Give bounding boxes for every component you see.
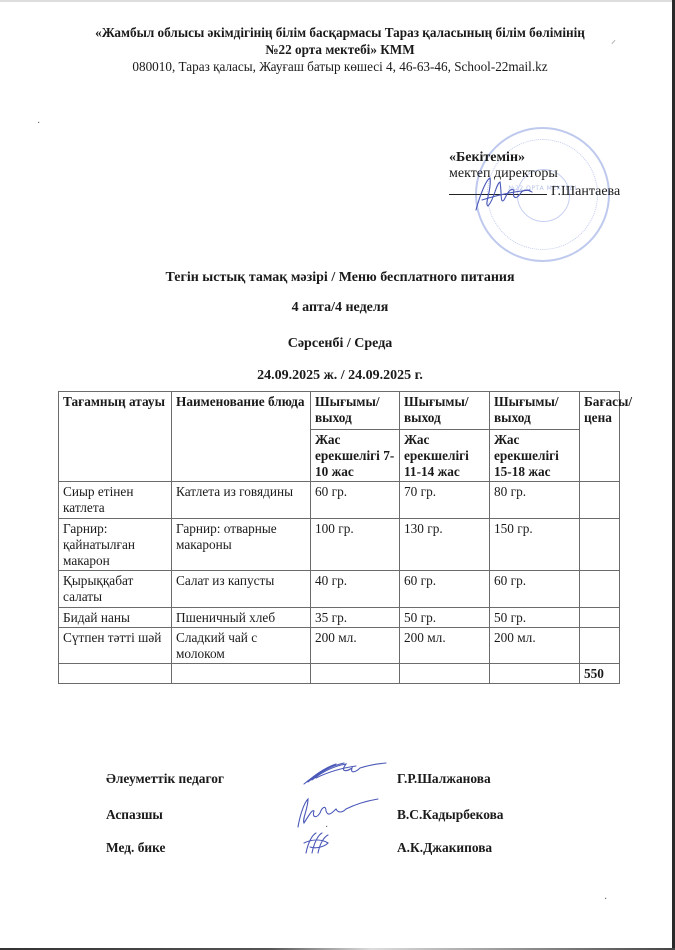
cell-output-11-14: 60 гр. (400, 571, 490, 608)
table-row: Бидай наны Пшеничный хлеб 35 гр. 50 гр. … (59, 608, 620, 628)
staff-role-nurse: Мед. бике (106, 840, 165, 856)
cell-output-15-18: 60 гр. (490, 571, 580, 608)
date-label: 24.09.2025 ж. / 24.09.2025 г. (60, 368, 620, 384)
approval-block: «Бекітемін» мектеп директоры Г.Шантаева (449, 150, 620, 200)
staff-name-cook: В.С.Кадырбекова (397, 807, 504, 823)
staff-name-social-pedagogue: Г.Р.Шалжанова (397, 771, 491, 787)
header-price: Бағасы/ цена (580, 392, 620, 482)
cook-signature-icon (292, 795, 382, 831)
empty-cell (400, 664, 490, 684)
scan-speck: · (325, 822, 328, 833)
scan-speck: · (604, 894, 607, 905)
cell-name-kz: Сиыр етінен катлета (59, 482, 172, 519)
staff-role-social-pedagogue: Әлеуметтік педагог (106, 771, 224, 787)
empty-cell (490, 664, 580, 684)
cell-name-ru: Гарнир: отварные макароны (172, 519, 311, 571)
empty-cell (59, 664, 172, 684)
cell-name-kz: Қырыққабат салаты (59, 571, 172, 608)
approval-title: «Бекітемін» (449, 150, 620, 166)
day-label: Сәрсенбі / Среда (60, 336, 620, 352)
menu-title: Тегін ыстық тамақ мәзірі / Меню бесплатн… (60, 270, 620, 286)
cell-price (580, 628, 620, 664)
header-name-kz: Тағамның атауы (59, 392, 172, 482)
cell-name-ru: Пшеничный хлеб (172, 608, 311, 628)
scan-edge-top (0, 0, 675, 2)
cell-name-ru: Салат из капусты (172, 571, 311, 608)
cell-price (580, 571, 620, 608)
table-row: Қырыққабат салаты Салат из капусты 40 гр… (59, 571, 620, 608)
header-output-11-14: Шығымы/ выход (400, 392, 490, 430)
cell-output-15-18: 200 мл. (490, 628, 580, 664)
cell-output-7-10: 40 гр. (311, 571, 400, 608)
organization-name-line2: №22 орта мектебі» КММ (60, 41, 620, 58)
menu-table: Тағамның атауы Наименование блюда Шығымы… (58, 391, 620, 684)
cell-output-7-10: 60 гр. (311, 482, 400, 519)
cell-output-15-18: 50 гр. (490, 608, 580, 628)
header-age-7-10: Жас ерекшелігі 7-10 жас (311, 430, 400, 482)
scan-mark: ⸝ (611, 32, 616, 46)
cell-output-11-14: 200 мл. (400, 628, 490, 664)
table-row: Сиыр етінен катлета Катлета из говядины … (59, 482, 620, 519)
header-age-11-14: Жас ерекшелігі 11-14 жас (400, 430, 490, 482)
pedagogue-signature-icon (300, 758, 390, 788)
scan-speck: · (37, 118, 40, 129)
header-age-15-18: Жас ерекшелігі 15-18 жас (490, 430, 580, 482)
table-total-row: 550 (59, 664, 620, 684)
empty-cell (311, 664, 400, 684)
staff-role-cook: Аспазшы (106, 807, 163, 823)
cell-price (580, 519, 620, 571)
director-name: Г.Шантаева (551, 184, 620, 199)
organization-name-line1: «Жамбыл облысы әкімдігінің білім басқарм… (60, 24, 620, 41)
header-output-15-18: Шығымы/ выход (490, 392, 580, 430)
table-row: Сүтпен тәтті шәй Сладкий чай с молоком 2… (59, 628, 620, 664)
cell-output-11-14: 50 гр. (400, 608, 490, 628)
cell-name-kz: Бидай наны (59, 608, 172, 628)
header-output-7-10: Шығымы/ выход (311, 392, 400, 430)
signature-line (449, 182, 547, 195)
empty-cell (172, 664, 311, 684)
table-row: Гарнир: қайнатылған макарон Гарнир: отва… (59, 519, 620, 571)
cell-name-kz: Сүтпен тәтті шәй (59, 628, 172, 664)
organization-address: 080010, Тараз қаласы, Жауғаш батыр көшес… (60, 58, 620, 75)
cell-output-11-14: 130 гр. (400, 519, 490, 571)
cell-name-kz: Гарнир: қайнатылған макарон (59, 519, 172, 571)
cell-name-ru: Катлета из говядины (172, 482, 311, 519)
staff-name-nurse: А.К.Джакипова (397, 840, 492, 856)
cell-output-7-10: 35 гр. (311, 608, 400, 628)
cell-price (580, 482, 620, 519)
table-header-row: Тағамның атауы Наименование блюда Шығымы… (59, 392, 620, 430)
cell-name-ru: Сладкий чай с молоком (172, 628, 311, 664)
approval-position: мектеп директоры (449, 166, 620, 182)
week-label: 4 апта/4 неделя (60, 300, 620, 316)
document-header: «Жамбыл облысы әкімдігінің білім басқарм… (60, 24, 620, 75)
total-price: 550 (580, 664, 620, 684)
cell-output-11-14: 70 гр. (400, 482, 490, 519)
cell-output-15-18: 80 гр. (490, 482, 580, 519)
cell-output-7-10: 200 мл. (311, 628, 400, 664)
nurse-signature-icon (300, 829, 340, 857)
cell-price (580, 608, 620, 628)
header-name-ru: Наименование блюда (172, 392, 311, 482)
cell-output-15-18: 150 гр. (490, 519, 580, 571)
cell-output-7-10: 100 гр. (311, 519, 400, 571)
